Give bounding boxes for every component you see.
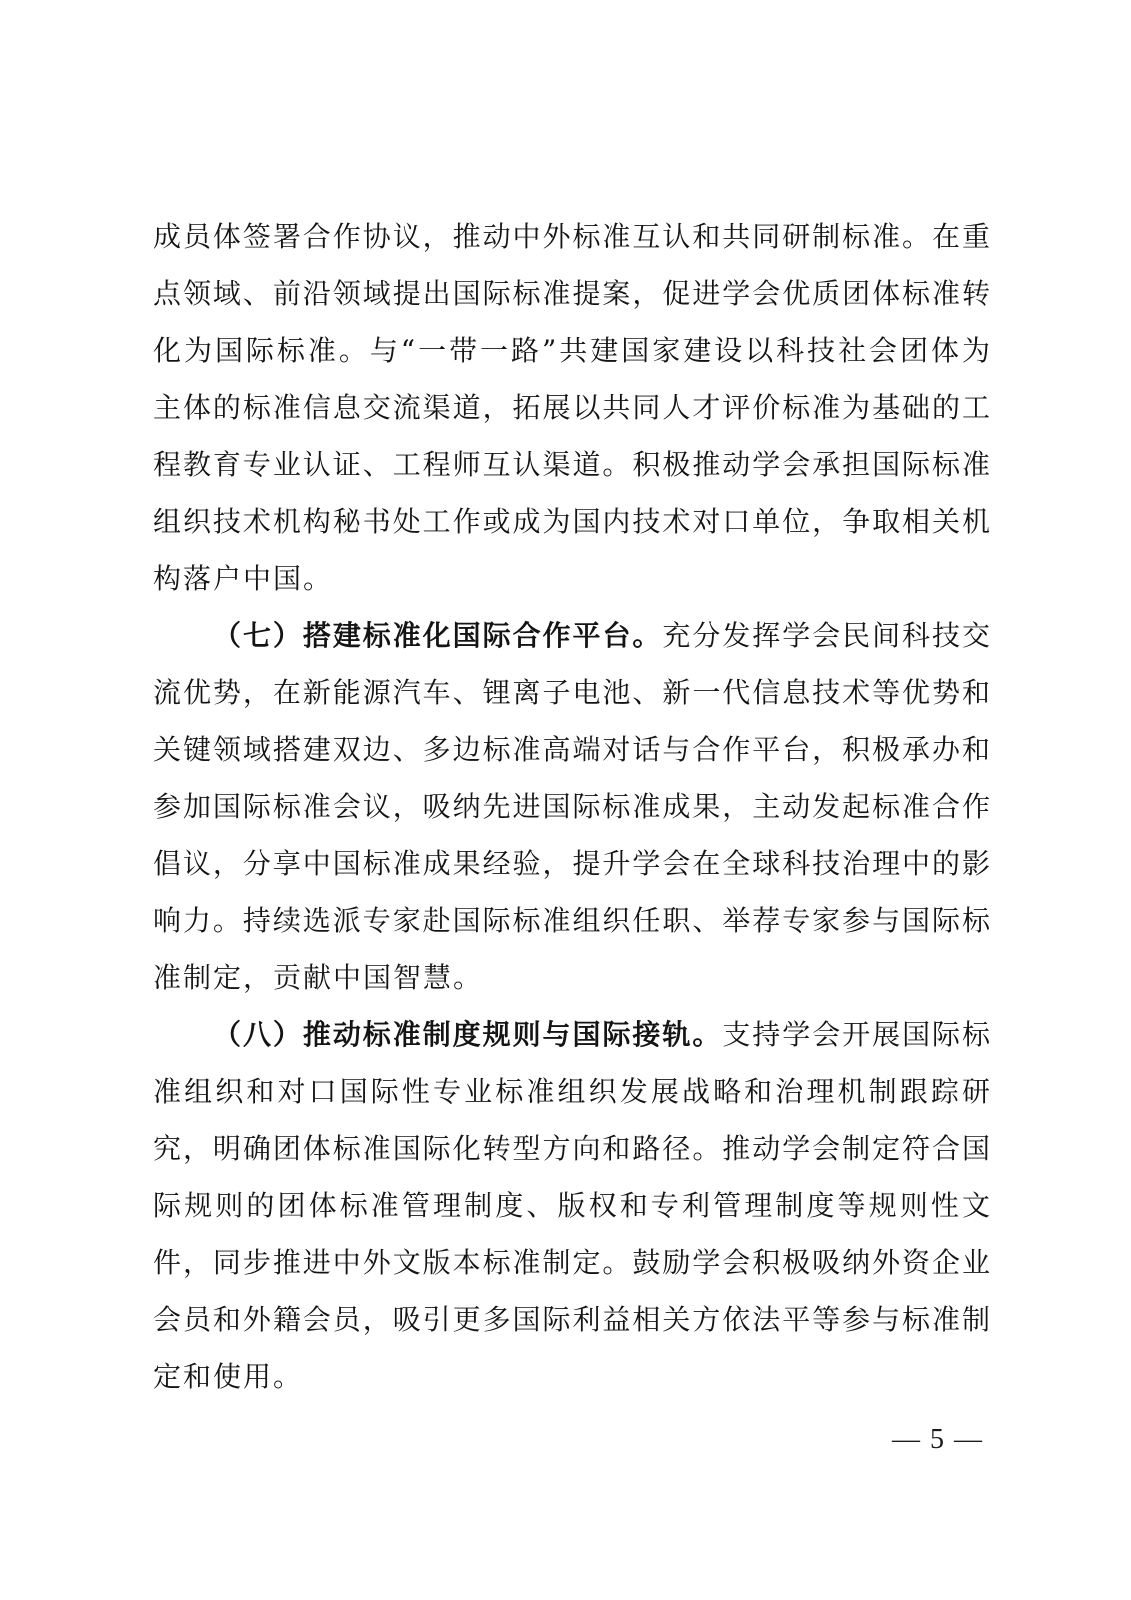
text-line: 关键领域搭建双边、多边标准高端对话与合作平台，积极承办和 <box>153 721 990 778</box>
text-segment: 支持学会开展国际标 <box>722 1018 990 1051</box>
page-number-value: 5 <box>930 1424 944 1455</box>
text-line: 流优势，在新能源汽车、锂离子电池、新一代信息技术等优势和 <box>153 664 990 721</box>
section-heading-7: （七）搭建标准化国际合作平台。 <box>213 619 662 652</box>
text-segment: 充分发挥学会民间科技交 <box>662 619 990 652</box>
document-page: 成员体签署合作协议，推动中外标准互认和共同研制标准。在重 点领域、前沿领域提出国… <box>0 0 1131 1600</box>
text-line: 主体的标准信息交流渠道，拓展以共同人才评价标准为基础的工 <box>153 379 990 436</box>
text-line: 点领域、前沿领域提出国际标准提案，促进学会优质团体标准转 <box>153 265 990 322</box>
section-heading-8: （八）推动标准制度规则与国际接轨。 <box>213 1018 722 1051</box>
text-line: 准组织和对口国际性专业标准组织发展战略和治理机制跟踪研 <box>153 1063 990 1120</box>
text-line: 际规则的团体标准管理制度、版权和专利管理制度等规则性文 <box>153 1177 990 1234</box>
text-line: 参加国际标准会议，吸纳先进国际标准成果，主动发起标准合作 <box>153 778 990 835</box>
text-line: 件，同步推进中外文版本标准制定。鼓励学会积极吸纳外资企业 <box>153 1234 990 1291</box>
page-number: —5— <box>882 1420 992 1460</box>
text-line: 组织技术机构秘书处工作或成为国内技术对口单位，争取相关机 <box>153 493 990 550</box>
section-heading-line-7: （七）搭建标准化国际合作平台。充分发挥学会民间科技交 <box>153 607 990 664</box>
dash-left: — <box>892 1420 920 1460</box>
text-line: 成员体签署合作协议，推动中外标准互认和共同研制标准。在重 <box>153 208 990 265</box>
text-line: 定和使用。 <box>153 1348 990 1405</box>
body-text: 成员体签署合作协议，推动中外标准互认和共同研制标准。在重 点领域、前沿领域提出国… <box>153 208 990 1405</box>
text-line: 响力。持续选派专家赴国际标准组织任职、举荐专家参与国际标 <box>153 892 990 949</box>
text-line: 准制定，贡献中国智慧。 <box>153 949 990 1006</box>
text-line: 倡议，分享中国标准成果经验，提升学会在全球科技治理中的影 <box>153 835 990 892</box>
text-line: 究，明确团体标准国际化转型方向和路径。推动学会制定符合国 <box>153 1120 990 1177</box>
dash-right: — <box>954 1420 982 1460</box>
text-line: 程教育专业认证、工程师互认渠道。积极推动学会承担国际标准 <box>153 436 990 493</box>
section-heading-line-8: （八）推动标准制度规则与国际接轨。支持学会开展国际标 <box>153 1006 990 1063</box>
text-line: 化为国际标准。与“一带一路”共建国家建设以科技社会团体为 <box>153 322 990 379</box>
text-line: 会员和外籍会员，吸引更多国际利益相关方依法平等参与标准制 <box>153 1291 990 1348</box>
text-line: 构落户中国。 <box>153 550 990 607</box>
